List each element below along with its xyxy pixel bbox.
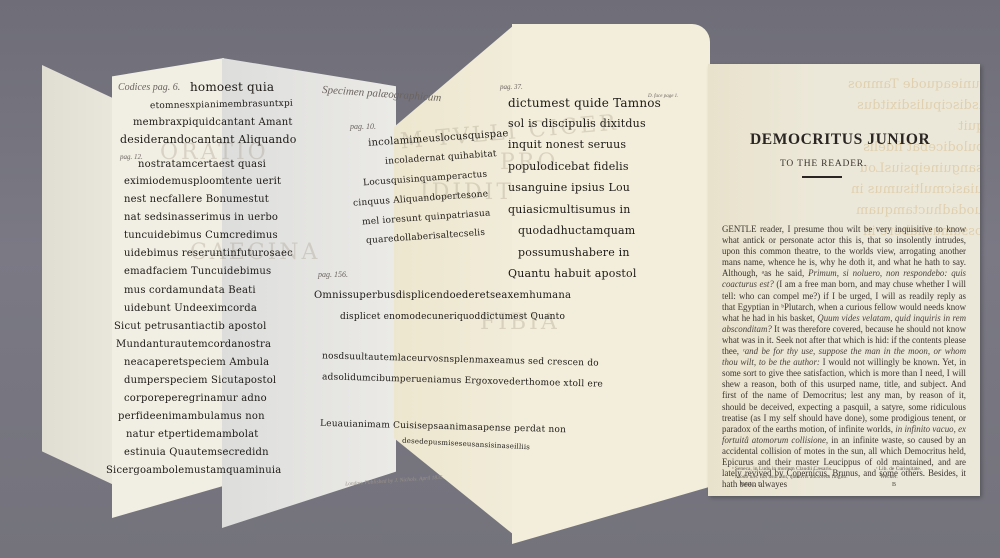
- footnote-d: Wecker.: [880, 474, 898, 480]
- signature-vol: VOL. I.: [740, 482, 762, 488]
- mirrored-offset-lettering: icunieaquode Tamnos dlsdiscipulisdixitdu…: [848, 74, 980, 242]
- signature-mark: B: [892, 482, 897, 488]
- footnote-b: ᵇ Modo hæc tibi usui sint, quemvis aucto…: [732, 474, 848, 480]
- page-label-37: pag. 37.: [500, 83, 523, 91]
- page-label-10: pag. 10.: [350, 122, 376, 131]
- photograph-scene: D. face page 1. M TVLLI CICER ORATIO PRO…: [0, 0, 1000, 558]
- book-subtitle: TO THE READER.: [780, 159, 867, 169]
- footnote-a: ᵃ Seneca, in Ludo in mortem Claudii Cæsa…: [732, 466, 832, 472]
- book-page: icunieaquode Tamnos dlsdiscipulisdixitdu…: [708, 64, 980, 496]
- plate-fold-1: [42, 65, 114, 485]
- book-title: DEMOCRITUS JUNIOR: [750, 131, 930, 149]
- page-label-codices: Codices pag. 6.: [118, 82, 180, 93]
- page-label-156: pag. 156.: [318, 270, 348, 279]
- title-rule: [802, 176, 842, 178]
- footnote-c: ᶜ Lib. de Curiositate.: [876, 466, 921, 472]
- book-body-text: GENTLE reader, I presume thou wilt be ve…: [722, 224, 966, 490]
